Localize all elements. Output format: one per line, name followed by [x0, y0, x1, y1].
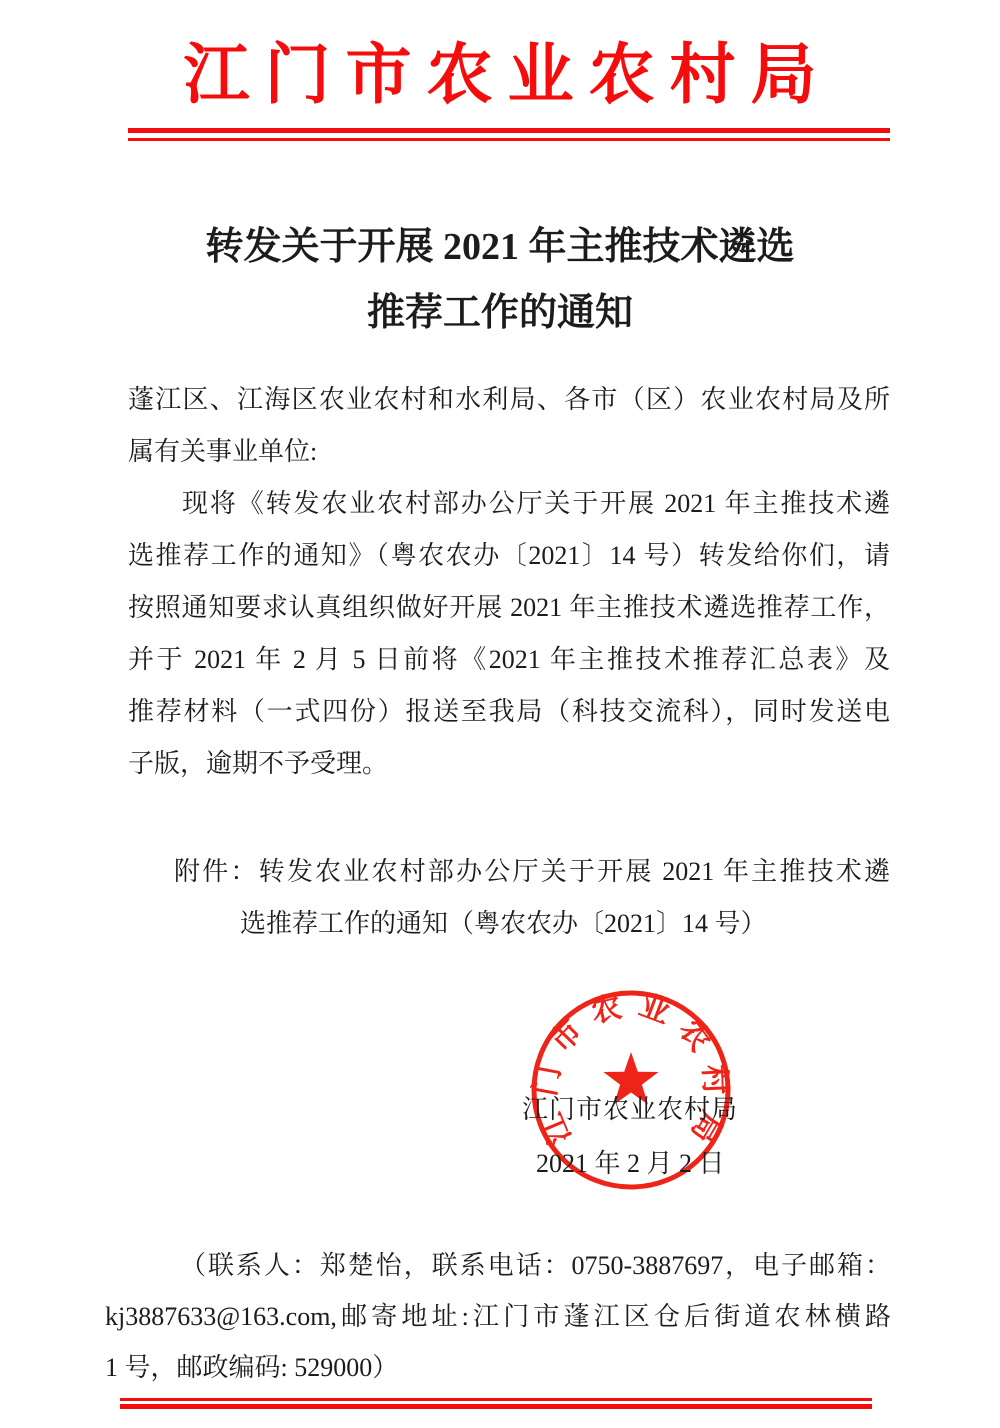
letterhead-org-name: 江门市农业农村局: [0, 36, 1000, 115]
signature-date: 2021 年 2 月 2 日: [536, 1144, 725, 1184]
paragraph-line: 并于 2021 年 2 月 5 日前将《2021 年主推技术推荐汇总表》及: [128, 634, 890, 686]
paragraph-line: 子版，逾期不予受理。: [128, 738, 890, 790]
attachment-note: 附件：转发农业农村部办公厅关于开展 2021 年主推技术遴 选推荐工作的通知（粤…: [128, 846, 890, 950]
body-text: 蓬江区、江海区农业农村和水利局、各市（区）农业农村局及所 属有关事业单位: 现将…: [128, 374, 890, 790]
document-page: 江门市农业农村局 转发关于开展 2021 年主推技术遴选 推荐工作的通知 蓬江区…: [0, 0, 1000, 1428]
contact-line: （联系人：郑楚怡，联系电话：0750-3887697，电子邮箱：: [105, 1240, 891, 1291]
contact-line: 1 号，邮政编码: 529000）: [105, 1342, 891, 1393]
contact-info: （联系人：郑楚怡，联系电话：0750-3887697，电子邮箱： kj38876…: [105, 1240, 891, 1393]
salutation-line: 属有关事业单位:: [128, 426, 890, 478]
paragraph-line: 选推荐工作的通知》（粤农农办〔2021〕14 号）转发给你们，请: [128, 530, 890, 582]
doc-title-line-1: 转发关于开展 2021 年主推技术遴选: [0, 214, 1000, 280]
letterhead-double-rule: [128, 128, 890, 141]
contact-line: kj3887633@163.com,邮寄地址:江门市蓬江区仓后街道农林横路: [105, 1291, 891, 1342]
attachment-line: 选推荐工作的通知（粤农农办〔2021〕14 号）: [128, 898, 890, 950]
paragraph-line: 推荐材料（一式四份）报送至我局（科技交流科），同时发送电: [128, 686, 890, 738]
doc-title: 转发关于开展 2021 年主推技术遴选 推荐工作的通知: [0, 214, 1000, 346]
paragraph-line: 按照通知要求认真组织做好开展 2021 年主推技术遴选推荐工作，: [128, 582, 890, 634]
attachment-line: 附件：转发农业农村部办公厅关于开展 2021 年主推技术遴: [128, 846, 890, 898]
signature-org: 江门市农业农村局: [522, 1090, 738, 1130]
salutation-line: 蓬江区、江海区农业农村和水利局、各市（区）农业农村局及所: [128, 374, 890, 426]
doc-title-line-2: 推荐工作的通知: [0, 280, 1000, 346]
footer-double-rule: [120, 1398, 872, 1409]
paragraph-line: 现将《转发农业农村部办公厅关于开展 2021 年主推技术遴: [128, 478, 890, 530]
